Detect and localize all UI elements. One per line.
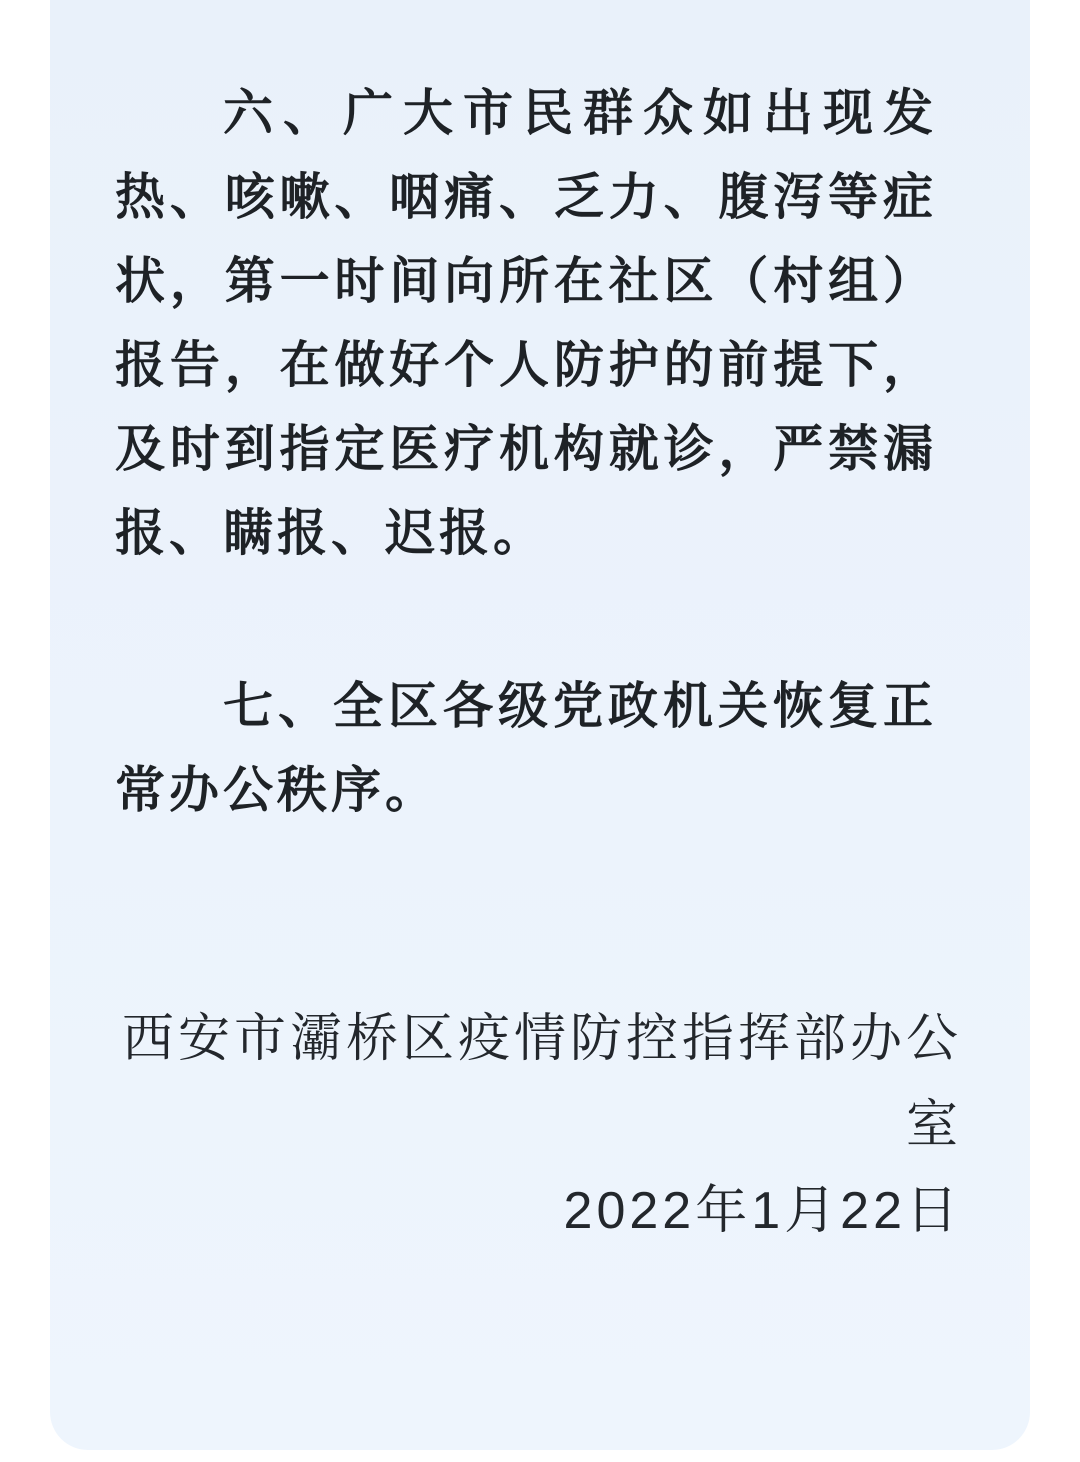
paragraph-six: 六、广大市民群众如出现发热、咳嗽、咽痛、乏力、腹泻等症状，第一时间向所在社区（村… xyxy=(115,71,937,575)
signature-block: 西安市灞桥区疫情防控指挥部办公室 2022年1月22日 xyxy=(115,996,962,1254)
signature-date: 2022年1月22日 xyxy=(115,1168,962,1254)
notice-card: 六、广大市民群众如出现发热、咳嗽、咽痛、乏力、腹泻等症状，第一时间向所在社区（村… xyxy=(50,0,1030,1450)
page: { "document": { "paragraphs": [ { "text"… xyxy=(0,0,1080,1462)
paragraph-seven: 七、全区各级党政机关恢复正常办公秩序。 xyxy=(115,664,937,832)
signature-office: 西安市灞桥区疫情防控指挥部办公室 xyxy=(115,996,962,1168)
